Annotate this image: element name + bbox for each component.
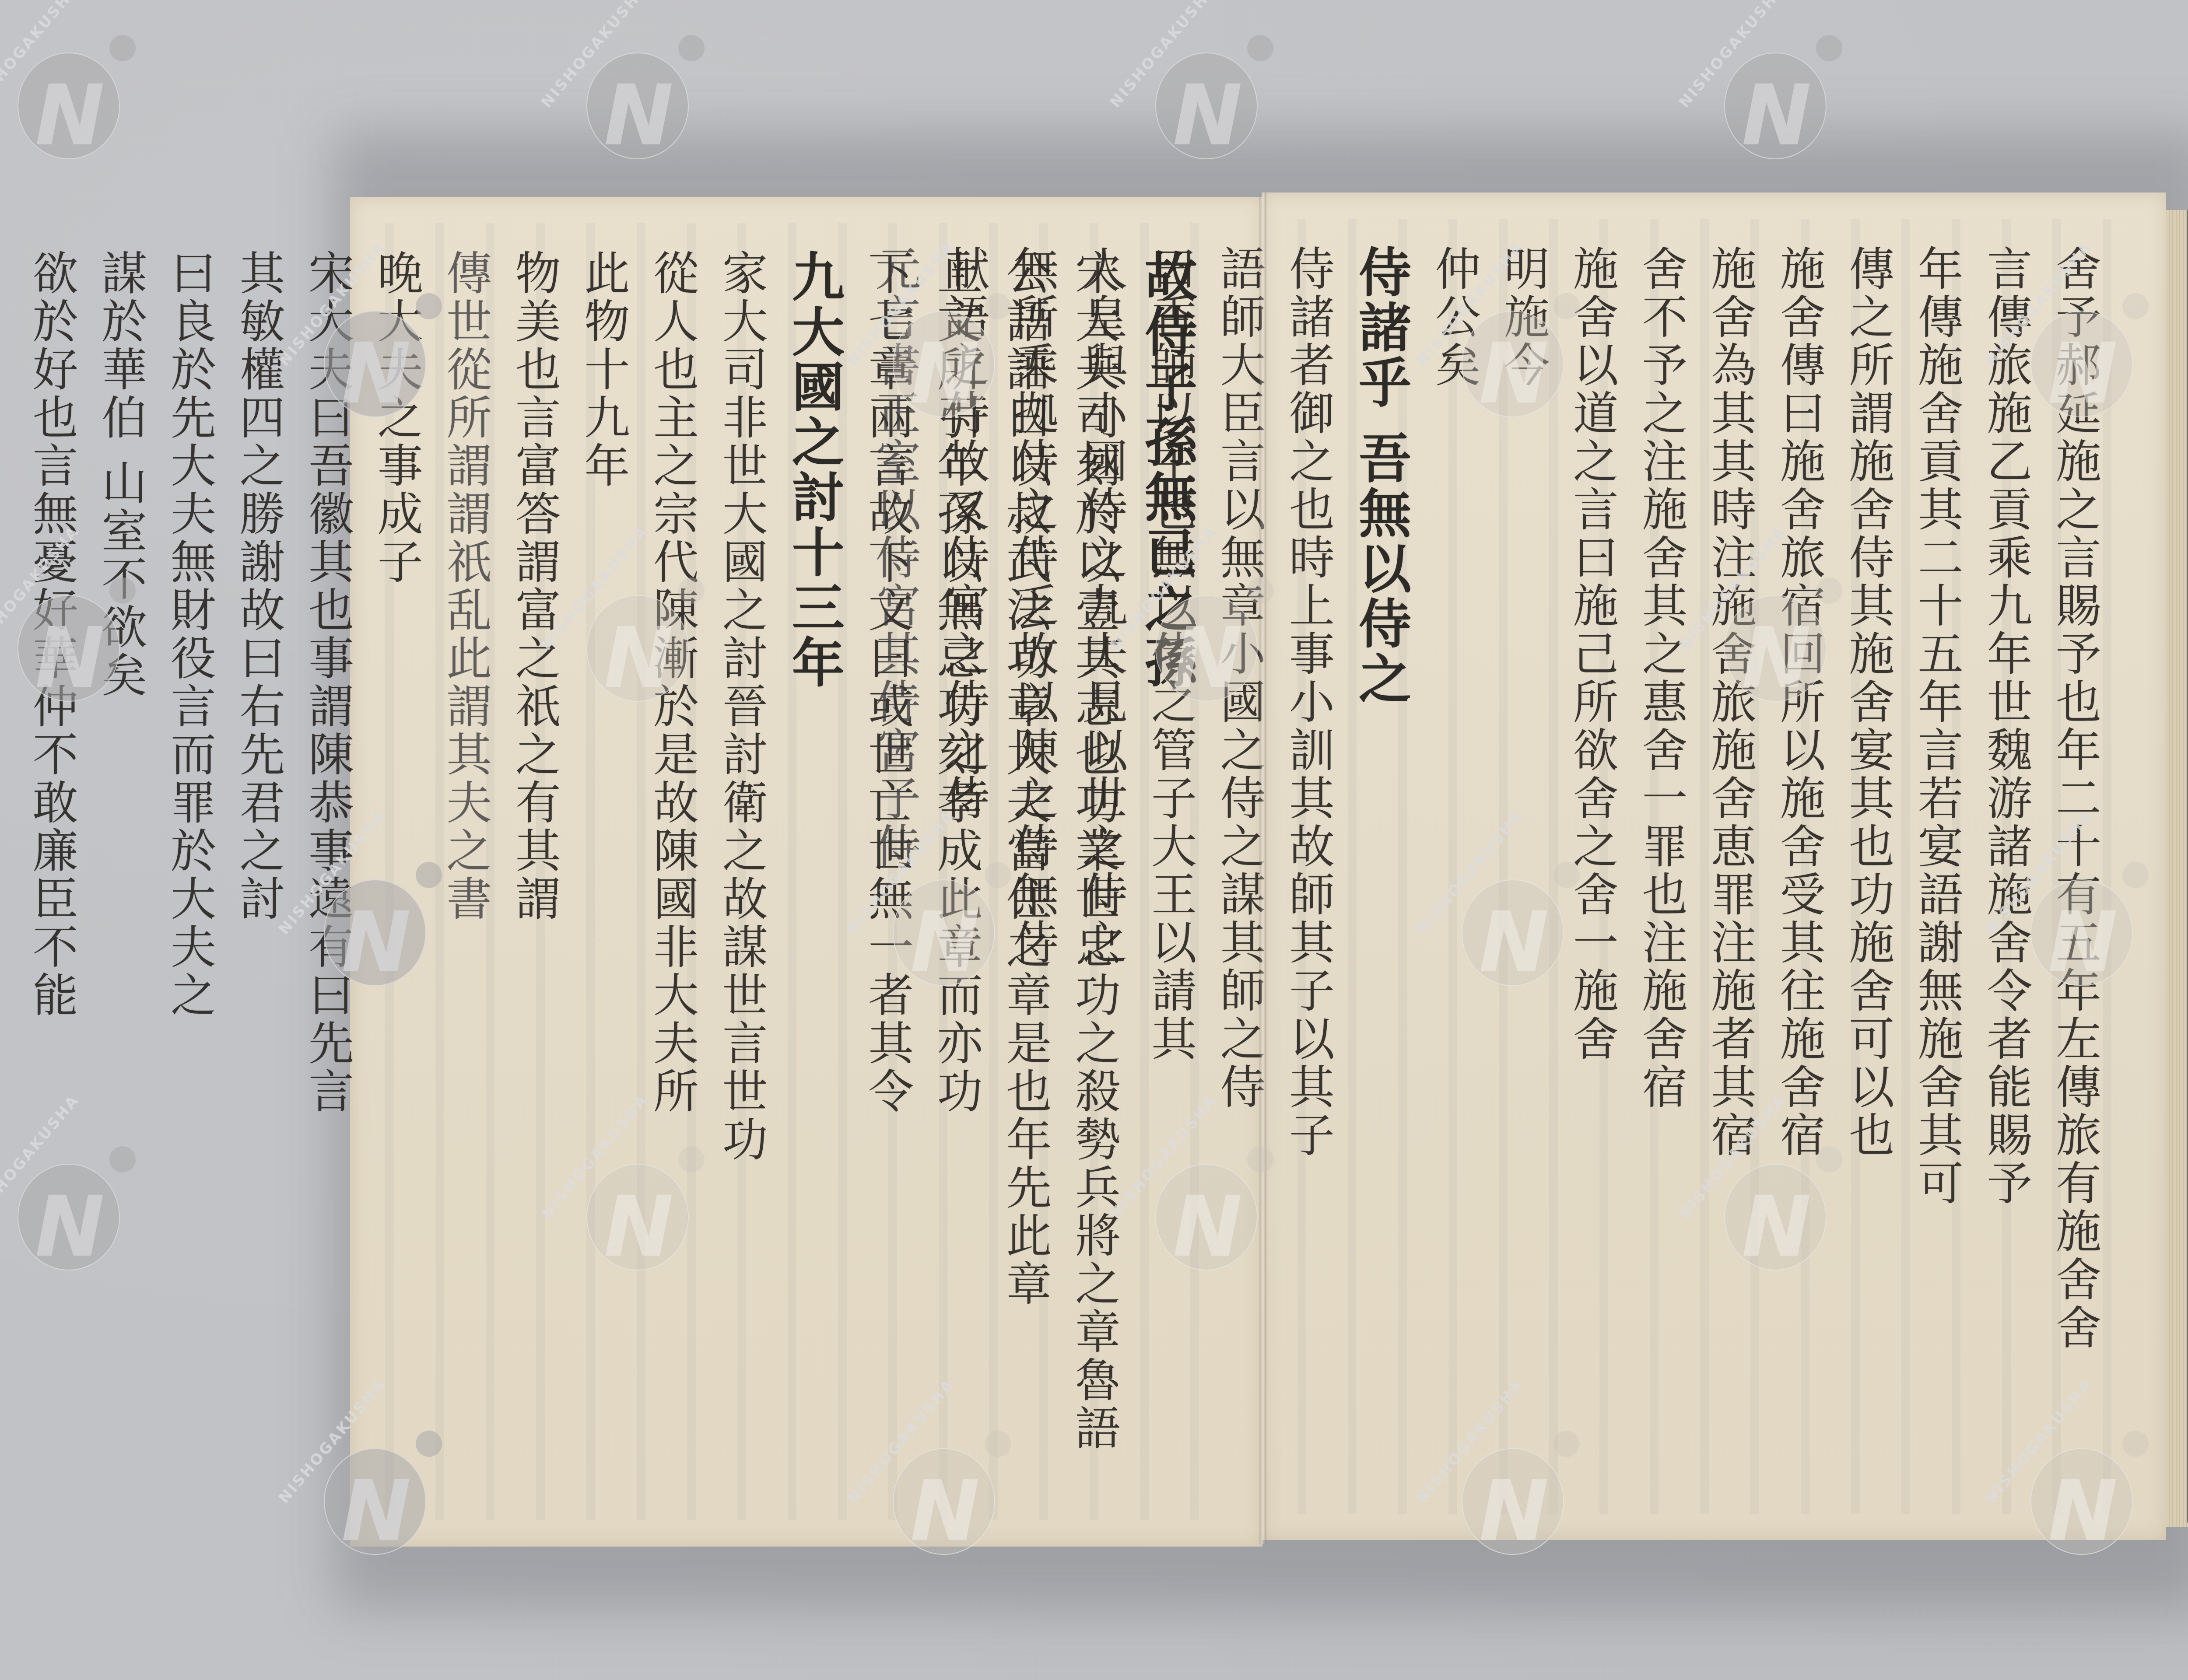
manuscript-column: 明施今: [1497, 245, 1549, 1487]
manuscript-column: 舍不予之注施舍其之惠舍一罪也注施舍宿: [1634, 245, 1687, 1487]
book-gutter: [1259, 192, 1266, 1544]
right-page-text: 舍予郝延施之言賜予也年二十有五年左傳旅有施舍舍言傳旅施乙貢乘九年世魏游諸施舍令者…: [1280, 245, 2100, 1487]
manuscript-column: 欲於好也言無憂好華仲不敢廉臣不能: [25, 249, 77, 1494]
manuscript-column: 曰香師以主也無以侍之管子大王以請其: [1143, 245, 1196, 1487]
open-book: 故侍子孫無已之孫宋大夫司刻於以壹其志也功業世忠功之殺勢兵將之章魯語公語語曰以叔武…: [350, 192, 2188, 1549]
manuscript-column: 家大司非世大國之討晉討衛之故謀世言世功: [715, 249, 767, 1494]
page-edges: [2166, 210, 2188, 1527]
manuscript-column: 言傳旅施乙貢乘九年世魏游諸施舍令者能賜予: [1979, 245, 2032, 1487]
manuscript-column: 傳世從所謂謂祇乱此謂其夫之書: [439, 249, 491, 1494]
manuscript-column: 人皇與小國侍之九夫見以世之侍之: [1075, 245, 1127, 1487]
manuscript-column: 施舍以道之言曰施己所欲舍之舍一施舍: [1565, 245, 1618, 1487]
manuscript-column: 其敏權四之勝謝故曰右先君之討: [232, 249, 284, 1494]
manuscript-column: 從人也主之宗代陳漸於是故陳國非大夫所: [645, 249, 698, 1494]
manuscript-column: 施舍傳曰施舍旅宿回所以施舍受其往施舍宿: [1772, 245, 1825, 1487]
manuscript-column: 宋大夫曰吾徽其也事謂陳恭事遠有曰先言: [301, 249, 353, 1494]
manuscript-column: 曰良於先大夫無財役言而罪於大夫之: [163, 249, 215, 1494]
manuscript-column: 元言書正室以侍宮其侍宮子侍: [868, 245, 920, 1487]
manuscript-column: 無所乘拠侍之侍乏故以陳之侍無侍: [1006, 245, 1058, 1487]
manuscript-column: 語師大臣言以無章小國之侍之謀其師之侍: [1213, 245, 1265, 1487]
manuscript-column: 此物十九年: [577, 249, 629, 1494]
manuscript-column: 九大國之討十三年: [784, 249, 844, 1494]
right-page: 舍予郝延施之言賜予也年二十有五年左傳旅有施舍舍言傳旅施乙貢乘九年世魏游諸施舍令者…: [1262, 192, 2166, 1540]
manuscript-column: 物美也言富答謂富之祇之有其謂: [508, 249, 560, 1494]
manuscript-column: 施舍為其其時注施舍旅施舍恵罪注施者其宿: [1703, 245, 1756, 1487]
manuscript-column: 舍予郝延施之言賜予也年二十有五年左傳旅有施舍舍: [2048, 245, 2100, 1487]
manuscript-column: 侍諸乎 吾無以侍之: [1350, 245, 1411, 1487]
manuscript-column: 年傳施舍貢其二十五年言若宴語謝無施舍其可: [1910, 245, 1963, 1487]
manuscript-column: 傳之所謂施舍侍其施舍宴其也功施舍可以也: [1841, 245, 1894, 1487]
manuscript-column: 謀於華伯 山室不欲矣: [94, 249, 147, 1494]
manuscript-column: 仲公矣: [1427, 245, 1480, 1487]
manuscript-column: 晚大夫之事成子: [370, 249, 422, 1494]
manuscript-column: 献語之侍故又侍宮之侍之侍: [937, 245, 989, 1487]
manuscript-column: 侍諸者御之也時上事小訓其故師其子以其子: [1281, 245, 1334, 1487]
